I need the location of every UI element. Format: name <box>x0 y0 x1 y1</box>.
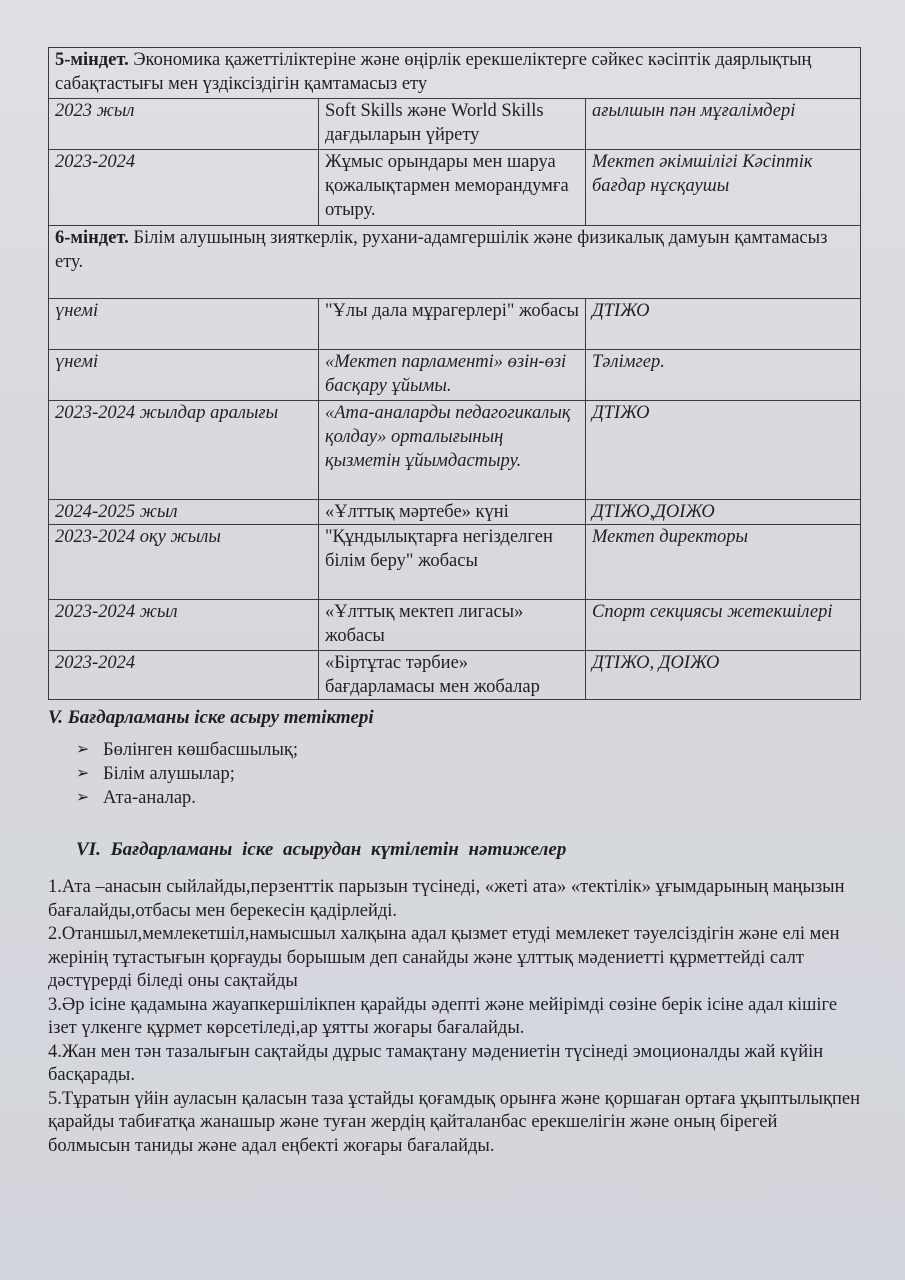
table-row: 2023-2024 «Біртұтас тәрбие» бағдарламасы… <box>49 651 861 700</box>
mechanisms-list: ➢ Бөлінген көшбасшылық; ➢ Білім алушылар… <box>76 738 298 810</box>
result-item: 2.Отаншыл,мемлекетшіл,намысшыл халқына а… <box>48 923 860 994</box>
table-row: үнемі «Мектеп парламенті» өзін-өзі басқа… <box>49 350 861 401</box>
period-cell: 2023 жыл <box>49 99 319 150</box>
arrow-bullet-icon: ➢ <box>76 738 103 762</box>
section-5-title: V. Бағдарламаны іске асыру тетіктері <box>48 707 374 729</box>
table-row: үнемі "Ұлы дала мұрагерлері" жобасы ДТІЖ… <box>49 299 861 350</box>
list-item-text: Ата-аналар. <box>103 786 196 810</box>
list-item: ➢ Білім алушылар; <box>76 762 298 786</box>
period-cell: үнемі <box>49 299 319 350</box>
task-6-header-row: 6-міндет. Білім алушының зияткерлік, рух… <box>49 226 861 299</box>
task-5-header-row: 5-міндет. Экономика қажеттіліктеріне жән… <box>49 48 861 99</box>
activity-cell: «Ата-аналарды педагогикалық қолдау» орта… <box>319 401 586 500</box>
document-page: 5-міндет. Экономика қажеттіліктеріне жән… <box>0 0 905 1280</box>
period-cell: 2023-2024 оқу жылы <box>49 525 319 600</box>
list-item-text: Бөлінген көшбасшылық; <box>103 738 298 762</box>
responsible-cell: ДТІЖО <box>586 401 861 500</box>
section-6-title: VI. Бағдарламаны іске асырудан күтілетін… <box>76 839 566 861</box>
responsible-cell: Спорт секциясы жетекшілері <box>586 600 861 651</box>
task-5-cell: 5-міндет. Экономика қажеттіліктеріне жән… <box>49 48 861 99</box>
task-6-cell: 6-міндет. Білім алушының зияткерлік, рух… <box>49 226 861 299</box>
task-5-text: Экономика қажеттіліктеріне және өңірлік … <box>55 50 811 94</box>
table-row: 2023-2024 оқу жылы "Құндылықтарға негізд… <box>49 525 861 600</box>
table-row: 2024-2025 жыл «Ұлттық мәртебе» күні ДТІЖ… <box>49 500 861 525</box>
period-cell: 2023-2024 жыл <box>49 600 319 651</box>
task-5-label: 5-міндет. <box>55 50 129 70</box>
arrow-bullet-icon: ➢ <box>76 762 103 786</box>
activity-cell: «Ұлттық мәртебе» күні <box>319 500 586 525</box>
responsible-cell: Мектеп әкімшілігі Кәсіптік бағдар нұсқау… <box>586 150 861 226</box>
result-item: 4.Жан мен тән тазалығын сақтайды дұрыс т… <box>48 1041 860 1088</box>
period-cell: 2023-2024 <box>49 150 319 226</box>
table-row: 2023-2024 жыл «Ұлттық мектеп лигасы» жоб… <box>49 600 861 651</box>
responsible-cell: ағылшын пән мұғалімдері <box>586 99 861 150</box>
table-row: 2023-2024 жылдар аралығы «Ата-аналарды п… <box>49 401 861 500</box>
result-item: 5.Тұратын үйін ауласын қаласын таза ұста… <box>48 1088 860 1159</box>
list-item: ➢ Бөлінген көшбасшылық; <box>76 738 298 762</box>
action-plan-table: 5-міндет. Экономика қажеттіліктеріне жән… <box>48 47 861 700</box>
table-row: 2023-2024 Жұмыс орындары мен шаруа қожал… <box>49 150 861 226</box>
activity-cell: «Ұлттық мектеп лигасы» жобасы <box>319 600 586 651</box>
arrow-bullet-icon: ➢ <box>76 786 103 810</box>
responsible-cell: ДТІЖО, ДОІЖО <box>586 651 861 700</box>
activity-cell: «Біртұтас тәрбие» бағдарламасы мен жобал… <box>319 651 586 700</box>
activity-cell: "Құндылықтарға негізделген білім беру" ж… <box>319 525 586 600</box>
list-item: ➢ Ата-аналар. <box>76 786 298 810</box>
responsible-cell: Тәлімгер. <box>586 350 861 401</box>
period-cell: 2023-2024 <box>49 651 319 700</box>
task-6-label: 6-міндет. <box>55 228 129 248</box>
activity-cell: Soft Skills және World Skills дағдыларын… <box>319 99 586 150</box>
result-item: 1.Ата –анасын сыйлайды,перзенттік парызы… <box>48 876 860 923</box>
result-item: 3.Әр ісіне қадамына жауапкершілікпен қар… <box>48 994 860 1041</box>
responsible-cell: Мектеп директоры <box>586 525 861 600</box>
responsible-cell: ДТІЖО <box>586 299 861 350</box>
list-item-text: Білім алушылар; <box>103 762 235 786</box>
activity-cell: «Мектеп парламенті» өзін-өзі басқару ұйы… <box>319 350 586 401</box>
period-cell: 2023-2024 жылдар аралығы <box>49 401 319 500</box>
responsible-cell: ДТІЖО,ДОІЖО <box>586 500 861 525</box>
activity-cell: Жұмыс орындары мен шаруа қожалықтармен м… <box>319 150 586 226</box>
activity-cell: "Ұлы дала мұрагерлері" жобасы <box>319 299 586 350</box>
period-cell: 2024-2025 жыл <box>49 500 319 525</box>
period-cell: үнемі <box>49 350 319 401</box>
task-6-text: Білім алушының зияткерлік, рухани-адамге… <box>55 228 827 272</box>
table-row: 2023 жыл Soft Skills және World Skills д… <box>49 99 861 150</box>
expected-results: 1.Ата –анасын сыйлайды,перзенттік парызы… <box>48 876 860 1158</box>
